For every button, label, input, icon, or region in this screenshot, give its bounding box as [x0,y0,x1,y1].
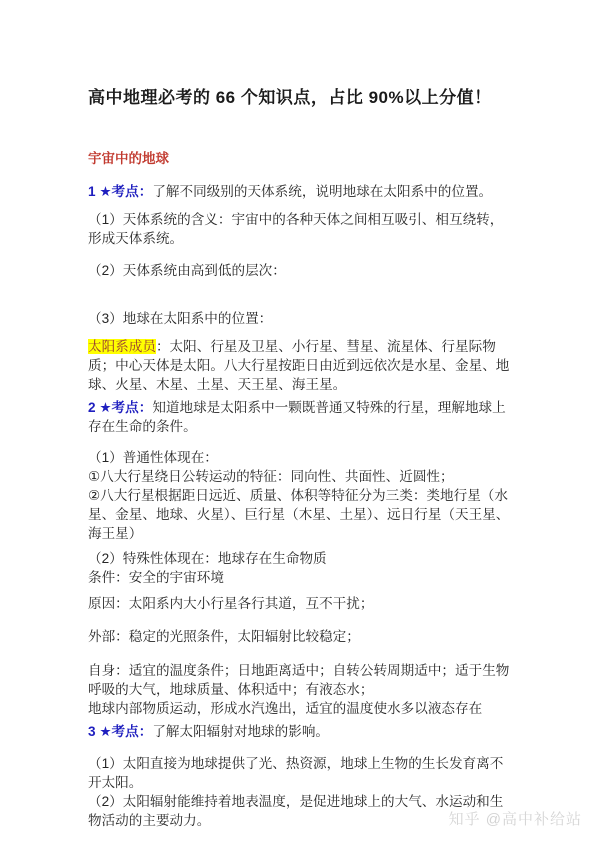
section-heading: 宇宙中的地球 [88,150,512,168]
exam-point-3-text: 了解太阳辐射对地球的影响。 [152,724,329,739]
para-solar-system-members: 太阳系成员：太阳、行星及卫星、小行星、彗星、流星体、行星际物质；中心天体是太阳。… [88,337,512,394]
page-title: 高中地理必考的 66 个知识点，占比 90%以上分值！ [88,86,512,109]
para-specialness: （2）特殊性体现在：地球存在生命物质 条件：安全的宇宙环境 [88,549,512,587]
highlighted-term: 太阳系成员 [88,339,156,354]
exam-point-2: 2 ★考点：知道地球是太阳系中一颗既普通又特殊的行星，理解地球上存在生命的条件。 [88,398,512,436]
para-celestial-system-levels: （2）天体系统由高到低的层次： [88,261,512,280]
exam-point-3: 3 ★考点：了解太阳辐射对地球的影响。 [88,722,512,741]
exam-point-1-text: 了解不同级别的天体系统，说明地球在太阳系中的位置。 [152,184,492,199]
para-self-condition: 自身：适宜的温度条件；日地距离适中；自转公转周期适中；适于生物呼吸的大气，地球质… [88,661,512,718]
para-celestial-system-meaning: （1）天体系统的含义：宇宙中的各种天体之间相互吸引、相互绕转，形成天体系统。 [88,210,512,248]
document-page: 高中地理必考的 66 个知识点，占比 90%以上分值！ 宇宙中的地球 1 ★考点… [0,0,600,849]
exam-point-3-label: 3 ★考点： [88,724,152,739]
para-reason: 原因：太阳系内大小行星各行其道，互不干扰； [88,594,512,613]
watermark: 知乎 @高中补给站 [449,810,582,830]
exam-point-1-label: 1 ★考点： [88,184,152,199]
para-external-condition: 外部：稳定的光照条件，太阳辐射比较稳定； [88,627,512,646]
exam-point-1: 1 ★考点：了解不同级别的天体系统，说明地球在太阳系中的位置。 [88,182,512,201]
exam-point-2-label: 2 ★考点： [88,400,152,415]
para-earth-position: （3）地球在太阳系中的位置： [88,309,512,328]
para-commonness: （1）普通性体现在： ①八大行星绕日公转运动的特征：同向性、共面性、近圆性； ②… [88,448,512,543]
